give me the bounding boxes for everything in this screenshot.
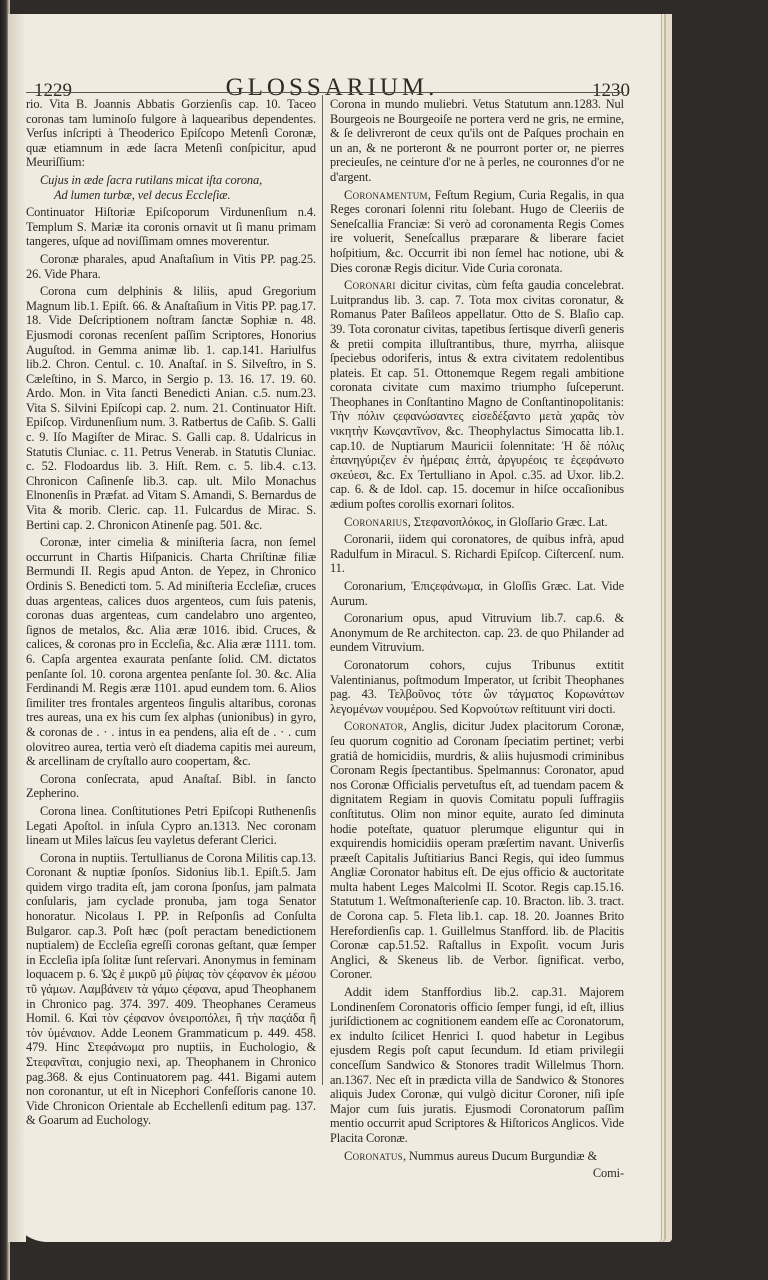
glossary-entry: Coronarii, iidem qui coronatores, de qui… <box>330 532 624 576</box>
glossary-entry: Coronatorum cohors, cujus Tribunus extit… <box>330 658 624 716</box>
header-rule <box>26 92 624 93</box>
glossary-entry: Coronari dicitur civitas, cùm feſta gaud… <box>330 278 624 512</box>
catchword: Comi- <box>330 1166 624 1181</box>
glossary-entry: Coronatus, Nummus aureus Ducum Burgundiæ… <box>330 1149 624 1164</box>
glossary-entry: Coronæ, inter cimelia & miniſteria ſacra… <box>26 535 316 769</box>
left-column: rio. Vita B. Joannis Abbatis Gorzienſis … <box>26 97 316 1131</box>
entry-headword: Coronamentum <box>344 188 428 202</box>
glossary-entry: Coronator, Anglis, dicitur Judex placito… <box>330 719 624 982</box>
glossary-entry: Corona linea. Conſtitutiones Petri Epiſc… <box>26 804 316 848</box>
entry-text: dicitur civitas, cùm feſta gaudia concel… <box>330 278 624 511</box>
paragraph: Continuator Hiſtoriæ Epiſcoporum Virdune… <box>26 205 316 249</box>
glossary-entry: Corona cum delphinis & liliis, apud Greg… <box>26 284 316 532</box>
entry-text: , Nummus aureus Ducum Burgundiæ & <box>403 1149 597 1163</box>
verse-line: Ad lumen turbæ, vel decus Eccleſiæ. <box>40 188 316 203</box>
glossary-entry: Coronæ pharales, apud Anaſtaſium in Viti… <box>26 252 316 281</box>
verse-quotation: Cujus in æde ſacra rutilans micat iſta c… <box>26 173 316 202</box>
entry-headword: Coronator <box>344 719 404 733</box>
entry-headword: Coronatus <box>344 1149 403 1163</box>
right-column: Corona in mundo muliebri. Vetus Statutum… <box>330 97 624 1184</box>
entry-headword: Coronarius <box>344 515 408 529</box>
glossary-entry: Coronarius, Στεφανοπλόκος, in Gloſſario … <box>330 515 624 530</box>
glossary-entry: Corona in nuptiis. Tertullianus de Coron… <box>26 851 316 1128</box>
glossary-entry: Coronarium opus, apud Vitruvium lib.7. c… <box>330 611 624 655</box>
entry-headword: Coronari <box>344 278 396 292</box>
glossary-entry: Corona conſecrata, apud Anaſtaſ. Bibl. i… <box>26 772 316 801</box>
entry-text: , Anglis, dicitur Judex placitorum Coron… <box>330 719 624 981</box>
glossary-entry: Coronarium, Ἐπιϛεφάνωμα, in Gloſſis Græc… <box>330 579 624 608</box>
paragraph: Corona in mundo muliebri. Vetus Statutum… <box>330 97 624 185</box>
paragraph: rio. Vita B. Joannis Abbatis Gorzienſis … <box>26 97 316 170</box>
glossary-entry: Coronamentum, Feſtum Regium, Curia Regal… <box>330 188 624 276</box>
entry-text: , Στεφανοπλόκος, in Gloſſario Græc. Lat. <box>408 515 608 529</box>
verse-line: Cujus in æde ſacra rutilans micat iſta c… <box>40 173 316 188</box>
glossary-entry: Addit idem Stanffordius lib.2. cap.31. M… <box>330 985 624 1146</box>
column-divider <box>322 95 323 1085</box>
